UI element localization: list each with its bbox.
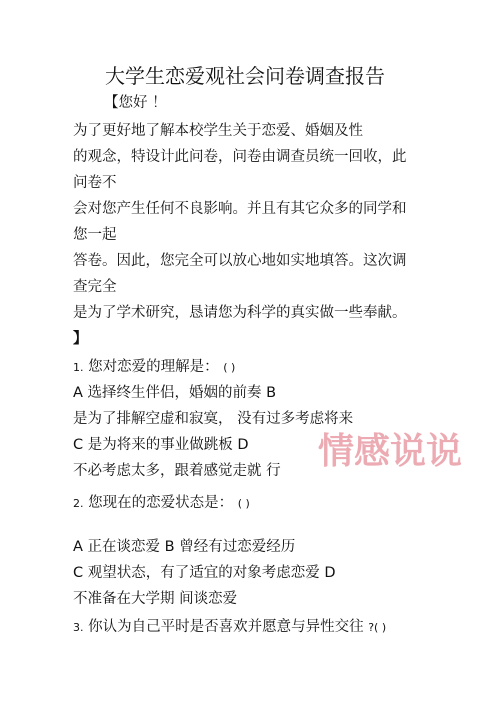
intro-line: 您一起: [73, 225, 117, 245]
question-2: 2. 您现在的恋爱状态是： ( ): [73, 493, 250, 514]
option-line: 是为了排解空虚和寂寞， 没有过多考虑将来: [73, 409, 353, 429]
intro-close-bracket: 】: [73, 329, 88, 349]
answer-blank: ( ): [238, 497, 250, 510]
intro-line: 为了更好地了解本校学生关于恋爱、婚姻及性: [73, 121, 363, 141]
question-text: 你认为自己平时是否喜欢并愿意与异性交往: [88, 619, 364, 635]
intro-line: 的观念，特设计此问卷，问卷由调查员统一回收，此: [73, 147, 407, 167]
watermark: 情感说说: [318, 430, 462, 474]
intro-line: 答卷。因此，您完全可以放心地如实地填答。这次调: [73, 251, 407, 271]
question-number: 3.: [73, 621, 84, 634]
greeting: 【您好 ！: [104, 93, 167, 113]
option-line: 不准备在大学期 间谈恋爱: [73, 589, 237, 609]
option-line: A 正在谈恋爱 B 曾经有过恋爱经历: [73, 537, 295, 557]
question-text: 您现在的恋爱状态是：: [88, 495, 233, 511]
intro-line: 是为了学术研究，恳请您为科学的真实做一些奉献。: [73, 303, 407, 323]
question-1: 1. 您对恋爱的理解是： ( ): [73, 357, 235, 378]
answer-blank: ?( ): [368, 621, 386, 634]
option-line: C 观望状态，有了适宜的对象考虑恋爱 D: [73, 563, 336, 583]
question-3: 3. 你认为自己平时是否喜欢并愿意与异性交往 ?( ): [73, 617, 386, 638]
intro-line: 查完全: [73, 277, 117, 297]
intro-line: 会对您产生任何不良影响。并且有其它众多的同学和: [73, 199, 407, 219]
question-number: 1.: [73, 361, 84, 374]
option-line: C 是为将来的事业做跳板 D: [73, 435, 249, 455]
question-number: 2.: [73, 497, 84, 510]
page-title: 大学生恋爱观社会问卷调查报告: [0, 62, 490, 90]
option-line: A 选择终生伴侣，婚姻的前奏 B: [73, 383, 276, 403]
option-line: 不必考虑太多，跟着感觉走就 行: [73, 461, 281, 481]
intro-line: 问卷不: [73, 173, 117, 193]
answer-blank: ( ): [223, 361, 235, 374]
question-text: 您对恋爱的理解是：: [88, 359, 219, 375]
